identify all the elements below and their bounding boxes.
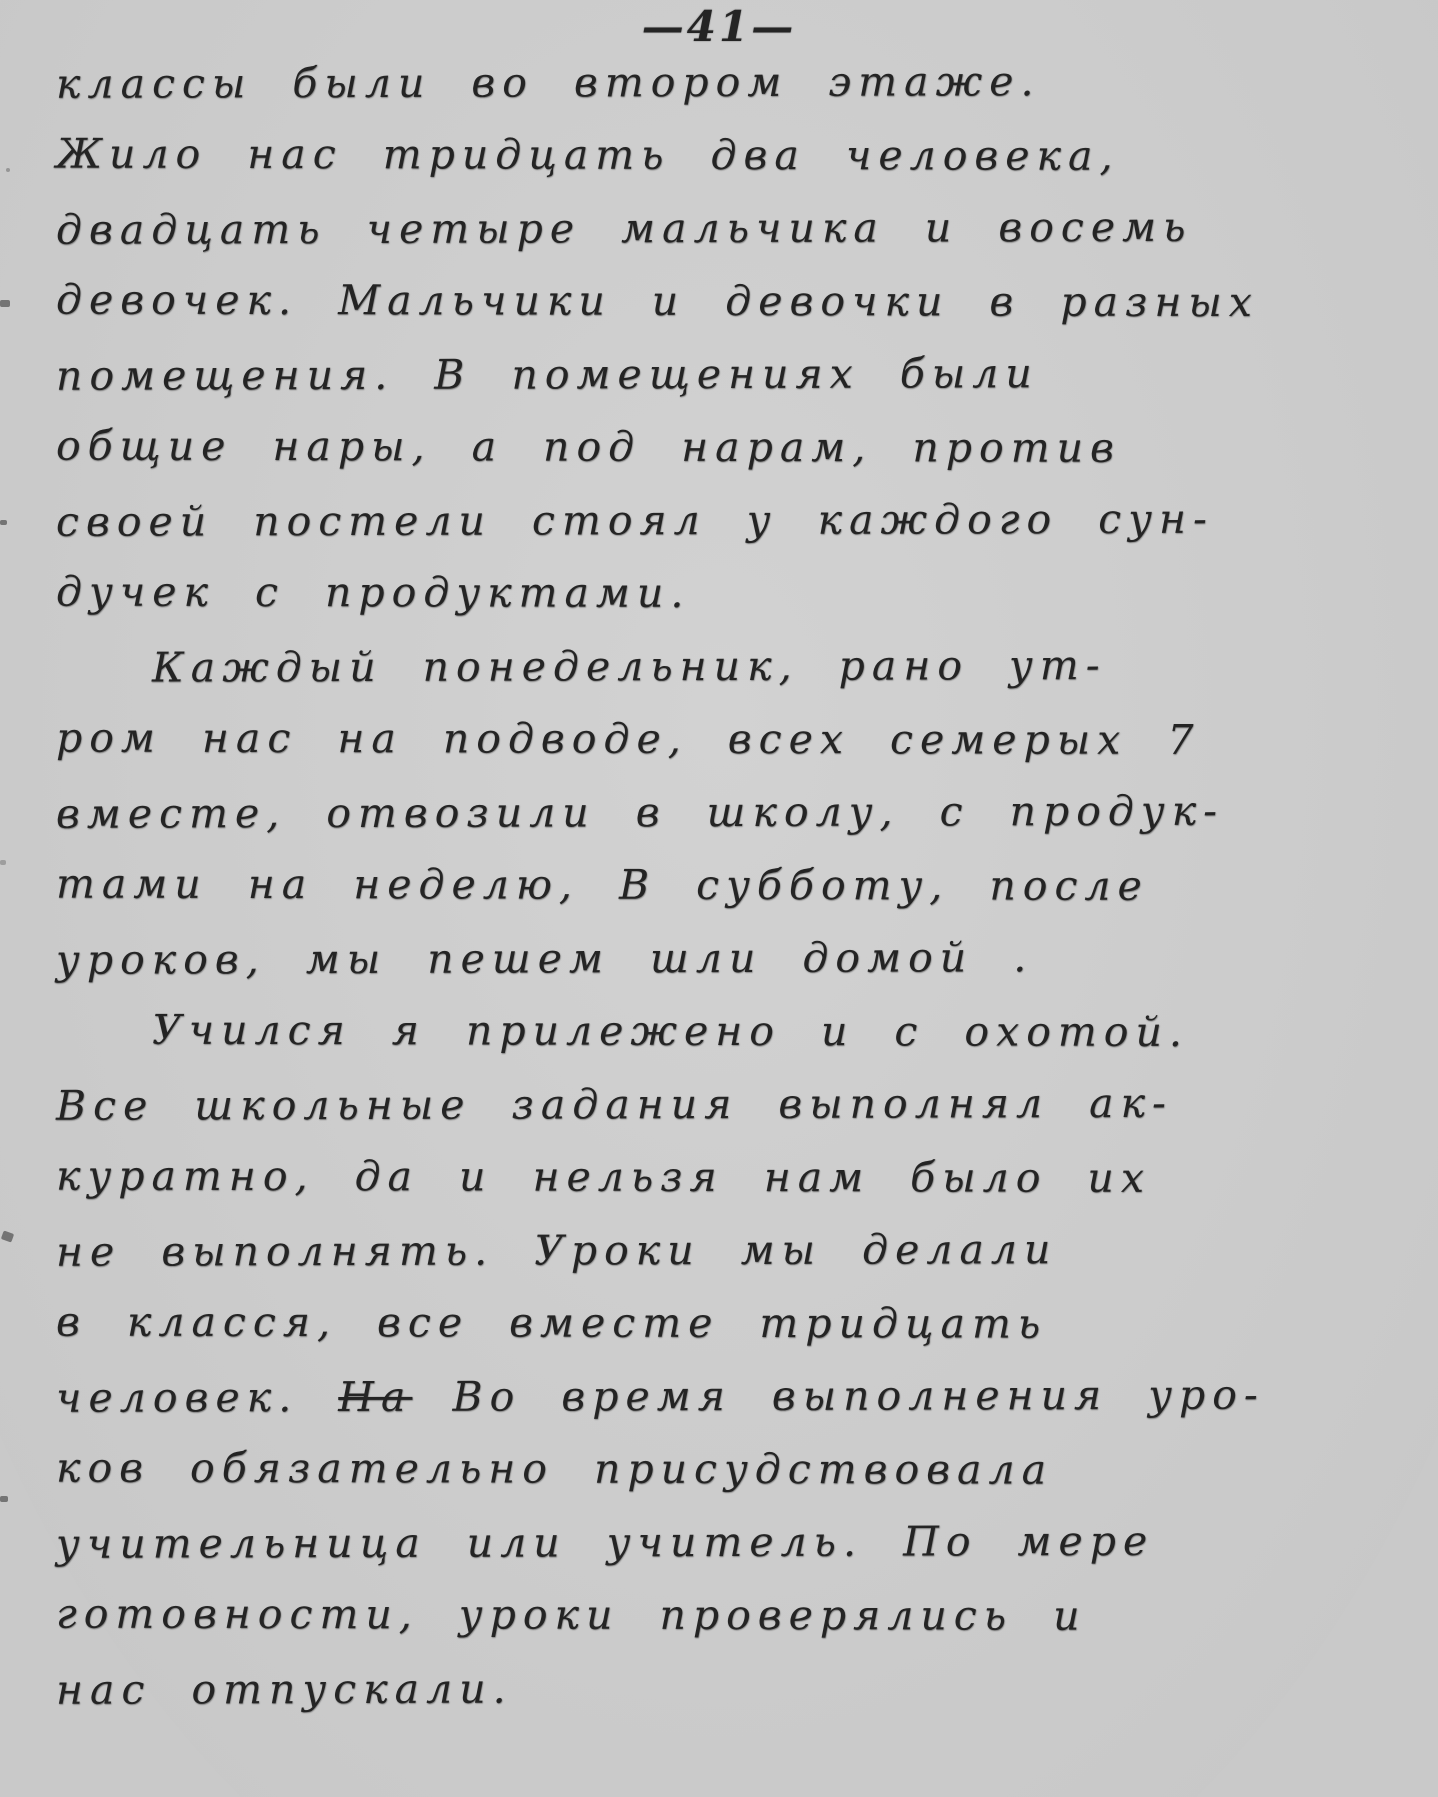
manuscript-line: тами на неделю, В субботу, после	[56, 848, 1408, 924]
line-text: Все школьные задания выполнял ак-	[56, 1079, 1173, 1130]
manuscript-line: готовности, уроки проверялись и	[56, 1578, 1408, 1654]
line-text: человек.	[56, 1373, 338, 1422]
manuscript-line: в класся, все вместе тридцать	[56, 1286, 1408, 1362]
manuscript-line: учительница или учитель. По мере	[56, 1504, 1408, 1581]
line-text: общие нары, а под нарам, против	[56, 422, 1121, 472]
manuscript-line: Все школьные задания выполнял ак-	[56, 1066, 1408, 1143]
manuscript-line: ром нас на подводе, всех семерых 7	[56, 702, 1408, 778]
manuscript-line: двадцать четыре мальчика и восемь	[56, 190, 1408, 267]
manuscript-line: человек. На Во время выполнения уро-	[56, 1358, 1408, 1435]
line-text: нас отпускали.	[56, 1665, 513, 1714]
scan-artifact	[1, 1230, 14, 1242]
line-text: дучек с продуктами.	[56, 568, 690, 617]
scan-artifact	[0, 860, 6, 865]
scan-artifact	[0, 300, 10, 307]
line-text: куратно, да и нельзя нам было их	[56, 1152, 1151, 1202]
manuscript-line: дучек с продуктами.	[56, 556, 1408, 632]
manuscript-line: общие нары, а под нарам, против	[56, 410, 1408, 486]
manuscript-line: помещения. В помещениях были	[56, 336, 1408, 413]
manuscript-line: уроков, мы пешем шли домой .	[56, 920, 1408, 997]
manuscript-line: девочек. Мальчики и девочки в разных	[56, 264, 1408, 340]
scan-artifact	[0, 1496, 8, 1502]
line-text: Учился я прилежено и с охотой.	[152, 1006, 1189, 1056]
manuscript-line: классы были во втором этаже.	[56, 44, 1408, 121]
line-text: помещения. В помещениях были	[56, 349, 1039, 400]
manuscript-line: нас отпускали.	[56, 1650, 1408, 1727]
page-number: —41—	[0, 2, 1438, 51]
scan-artifact	[0, 520, 7, 525]
line-text: Каждый понедельник, рано ут-	[152, 641, 1107, 691]
scan-artifact	[6, 168, 10, 172]
manuscript-line: своей постели стоял у каждого сун-	[56, 482, 1408, 559]
line-text: готовности, уроки проверялись и	[56, 1590, 1087, 1640]
manuscript-line: ков обязательно присудствовала	[56, 1432, 1408, 1508]
line-text: ков обязательно присудствовала	[56, 1444, 1053, 1494]
manuscript-page: —41— классы были во втором этаже.Жило на…	[0, 0, 1438, 1797]
line-text: тами на неделю, В субботу, после	[56, 860, 1149, 910]
line-text: не выполнять. Уроки мы делали	[56, 1225, 1058, 1276]
line-text: Во время выполнения уро-	[412, 1371, 1264, 1421]
line-text: классы были во втором этаже.	[56, 57, 1041, 108]
manuscript-line: Жило нас тридцать два человека,	[56, 118, 1408, 194]
line-text: вместе, отвозили в школу, с продук-	[56, 787, 1224, 838]
manuscript-line: Учился я прилежено и с охотой.	[56, 994, 1408, 1070]
manuscript-line: не выполнять. Уроки мы делали	[56, 1212, 1408, 1289]
line-text: девочек. Мальчики и девочки в разных	[56, 276, 1259, 327]
manuscript-line: куратно, да и нельзя нам было их	[56, 1140, 1408, 1216]
manuscript-line: Каждый понедельник, рано ут-	[56, 628, 1408, 705]
line-text: своей постели стоял у каждого сун-	[56, 495, 1214, 546]
manuscript-line: вместе, отвозили в школу, с продук-	[56, 774, 1408, 851]
line-text: в класся, все вместе тридцать	[56, 1298, 1047, 1348]
line-text: ром нас на подводе, всех семерых 7	[56, 714, 1201, 764]
line-text: двадцать четыре мальчика и восемь	[56, 203, 1193, 254]
manuscript-lines: классы были во втором этаже.Жило нас три…	[56, 46, 1408, 1725]
line-text: Жило нас тридцать два человека,	[56, 130, 1120, 180]
line-text: учительница или учитель. По мере	[56, 1517, 1154, 1568]
line-text: уроков, мы пешем шли домой .	[56, 933, 1033, 984]
struck-word: На	[338, 1373, 412, 1421]
